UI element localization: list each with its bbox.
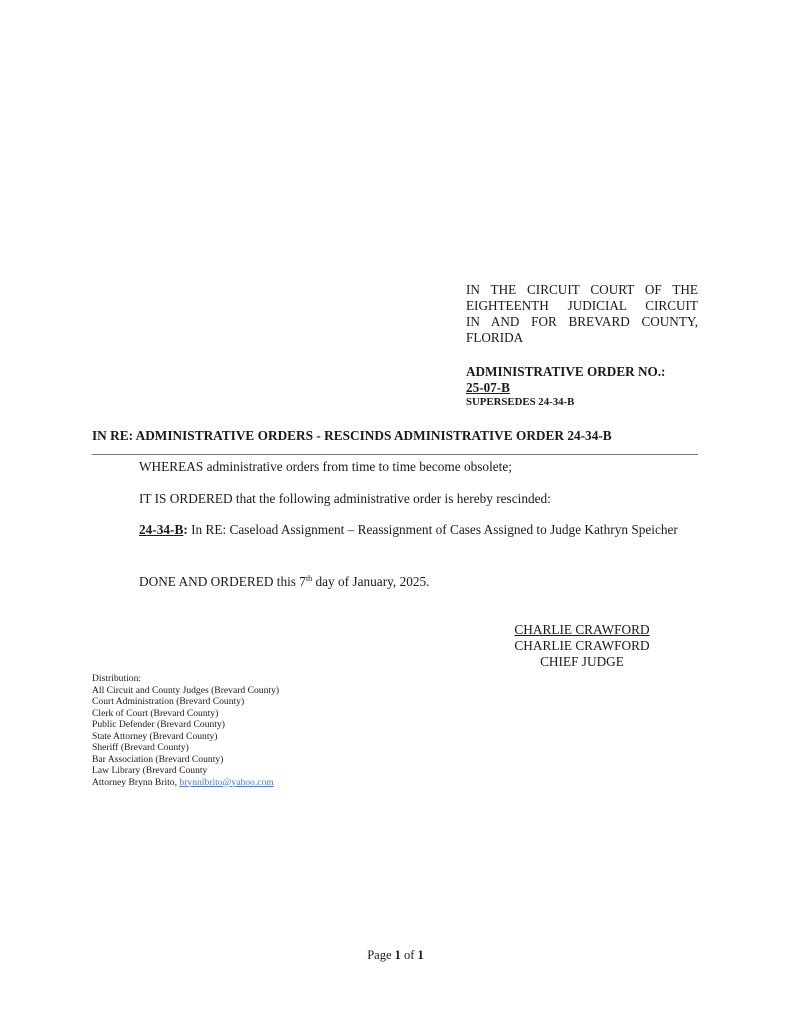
supersedes-note: SUPERSEDES 24-34-B <box>466 395 706 409</box>
distribution-heading: Distribution: <box>92 673 279 685</box>
distribution-recipient: Court Administration (Brevard County) <box>92 696 279 708</box>
distribution-recipient: Sheriff (Brevard County) <box>92 742 279 754</box>
signature-line: CHARLIE CRAWFORD <box>498 622 666 638</box>
order-number-label: ADMINISTRATIVE ORDER NO.: <box>466 364 706 380</box>
distribution-recipient: All Circuit and County Judges (Brevard C… <box>92 685 279 697</box>
order-heading: ADMINISTRATIVE ORDER NO.: 25-07-B SUPERS… <box>466 364 706 409</box>
page-of: of <box>401 948 418 962</box>
court-caption-line: EIGHTEENTH JUDICIAL CIRCUIT <box>466 298 698 314</box>
page-footer: Page 1 of 1 <box>0 948 791 963</box>
page-total: 1 <box>418 948 424 962</box>
court-caption-line: FLORIDA <box>466 330 698 346</box>
court-caption-line: IN THE CIRCUIT COURT OF THE <box>466 282 698 298</box>
attorney-name: Attorney Brynn Brito, <box>92 777 179 788</box>
distribution-recipient: State Attorney (Brevard County) <box>92 731 279 743</box>
whereas-clause: WHEREAS administrative orders from time … <box>139 459 512 475</box>
page-label: Page <box>367 948 394 962</box>
distribution-recipient-attorney: Attorney Brynn Brito, brynnlbrito@yahoo.… <box>92 777 279 789</box>
rescinded-order-item: 24-34-B: In RE: Caseload Assignment – Re… <box>139 522 698 538</box>
order-number: 25-07-B <box>466 380 706 395</box>
distribution-recipient: Bar Association (Brevard County) <box>92 754 279 766</box>
rescinded-order-description: In RE: Caseload Assignment – Reassignmen… <box>188 522 678 537</box>
title-divider <box>92 454 698 455</box>
distribution-recipient: Clerk of Court (Brevard County) <box>92 708 279 720</box>
done-text-suffix: day of January, 2025. <box>312 574 429 589</box>
court-caption: IN THE CIRCUIT COURT OF THE EIGHTEENTH J… <box>466 282 698 346</box>
signature-block: CHARLIE CRAWFORD CHARLIE CRAWFORD CHIEF … <box>498 622 666 670</box>
judge-name: CHARLIE CRAWFORD <box>498 638 666 654</box>
attorney-email-link[interactable]: brynnlbrito@yahoo.com <box>179 777 273 788</box>
in-re-title: IN RE: ADMINISTRATIVE ORDERS - RESCINDS … <box>92 428 612 444</box>
judge-title: CHIEF JUDGE <box>498 654 666 670</box>
distribution-list: Distribution: All Circuit and County Jud… <box>92 673 279 788</box>
distribution-recipient: Law Library (Brevard County <box>92 765 279 777</box>
court-caption-line: IN AND FOR BREVARD COUNTY, <box>466 314 698 330</box>
rescinded-order-reference: 24-34-B <box>139 522 183 537</box>
distribution-recipient: Public Defender (Brevard County) <box>92 719 279 731</box>
done-and-ordered: DONE AND ORDERED this 7th day of January… <box>139 574 430 590</box>
ordered-clause: IT IS ORDERED that the following adminis… <box>139 491 551 507</box>
done-text-prefix: DONE AND ORDERED this 7 <box>139 574 306 589</box>
